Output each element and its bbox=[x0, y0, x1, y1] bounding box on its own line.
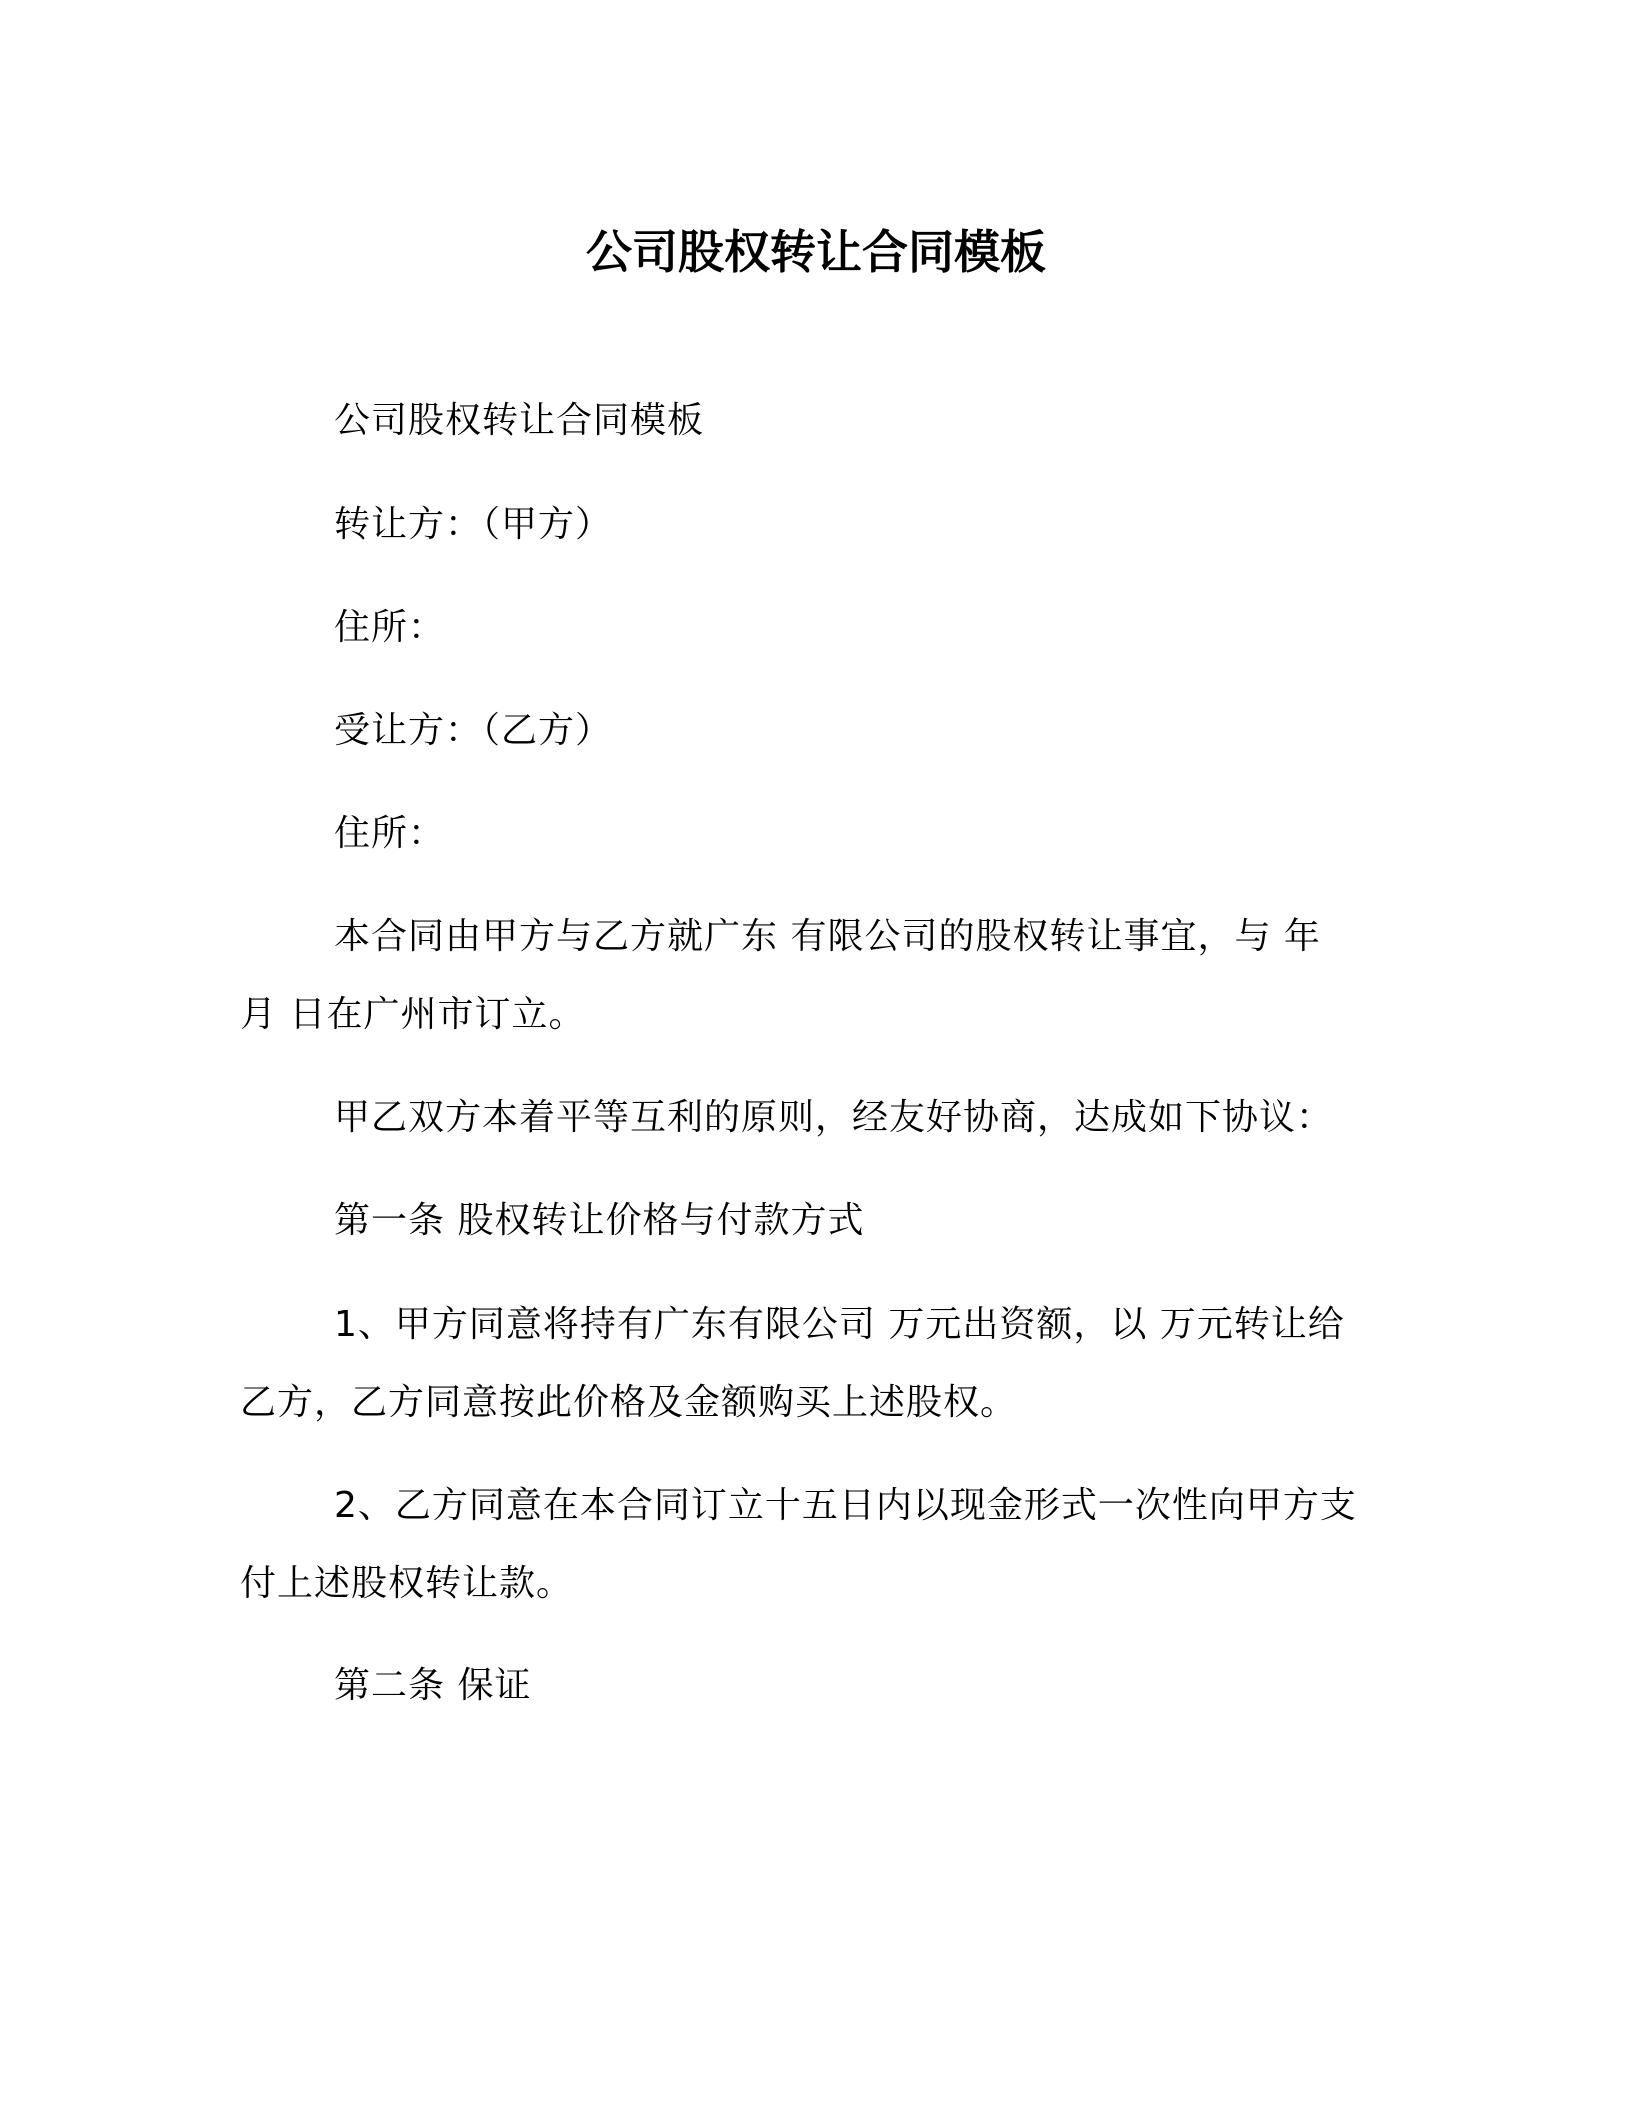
agreement-intro-paragraph: 甲乙双方本着平等互利的原则，经友好协商，达成如下协议： bbox=[240, 1079, 1370, 1157]
transferor-address-line: 住所： bbox=[240, 589, 1370, 667]
document-page: 公司股权转让合同模板 公司股权转让合同模板 转让方：（甲方） 住所： 受让方：（… bbox=[0, 0, 1632, 2112]
article-2-heading: 第二条 保证 bbox=[240, 1647, 1370, 1725]
document-title: 公司股权转让合同模板 bbox=[0, 222, 1632, 282]
transferor-line: 转让方：（甲方） bbox=[240, 486, 1370, 564]
article-1-clause-1: 1、甲方同意将持有广东有限公司 万元出资额，以 万元转让给乙方，乙方同意按此价格… bbox=[240, 1286, 1370, 1442]
subtitle: 公司股权转让合同模板 bbox=[240, 382, 1370, 460]
transferee-line: 受让方：（乙方） bbox=[240, 692, 1370, 770]
article-1-heading: 第一条 股权转让价格与付款方式 bbox=[240, 1182, 1370, 1260]
preamble-paragraph: 本合同由甲方与乙方就广东 有限公司的股权转让事宜，与 年 月 日在广州市订立。 bbox=[240, 898, 1370, 1054]
transferee-address-line: 住所： bbox=[240, 795, 1370, 873]
article-1-clause-2: 2、乙方同意在本合同订立十五日内以现金形式一次性向甲方支付上述股权转让款。 bbox=[240, 1467, 1370, 1623]
